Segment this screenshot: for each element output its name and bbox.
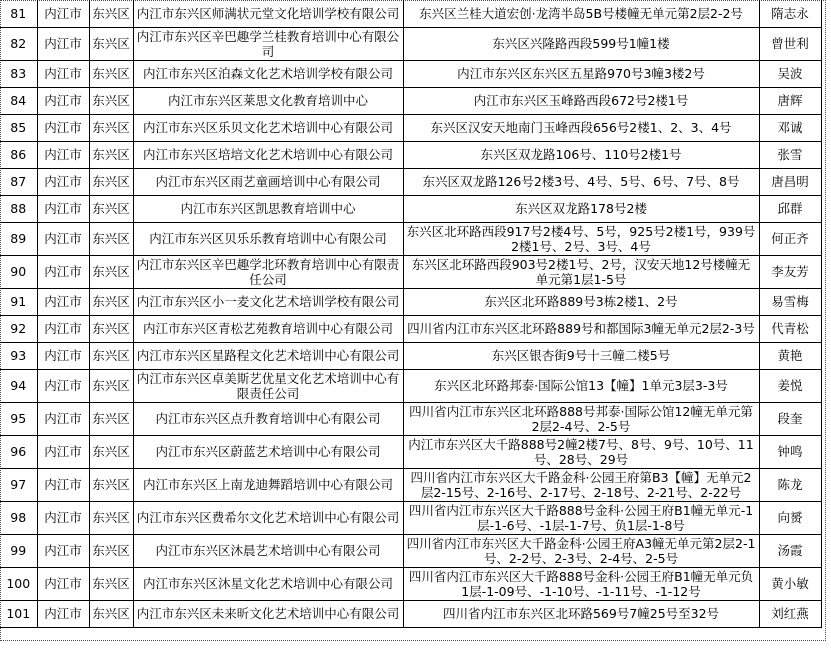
district-cell: 东兴区 — [89, 60, 133, 87]
city-cell: 内江市 — [37, 222, 89, 255]
district-cell: 东兴区 — [89, 435, 133, 468]
address-cell: 东兴区北环路西段903号2楼1号、2号，汉安天地12号楼幢无单元第1层1-5号 — [403, 255, 759, 288]
address-cell: 东兴区北环路889号3栋2楼1、2号 — [403, 288, 759, 315]
contact-name-cell: 张雪 — [759, 141, 821, 168]
address-cell: 东兴区兰桂大道宏创·龙湾半岛5B号楼幢无单元第2层2-2号 — [403, 0, 759, 27]
table-row: 82内江市东兴区内江市东兴区辛巴趣学兰桂教育培训中心有限公司东兴区兴隆路西段59… — [0, 27, 821, 60]
table-body: 81内江市东兴区内江市东兴区师满状元堂文化培训学校有限公司东兴区兰桂大道宏创·龙… — [0, 0, 821, 627]
contact-name-cell: 汤霞 — [759, 534, 821, 567]
table-row: 96内江市东兴区内江市东兴区蔚蓝艺术培训中心有限公司内江市东兴区大千路888号2… — [0, 435, 821, 468]
institution-name-cell: 内江市东兴区凯思教育培训中心 — [133, 195, 403, 222]
contact-name-cell: 邱群 — [759, 195, 821, 222]
training-institutions-table: 81内江市东兴区内江市东兴区师满状元堂文化培训学校有限公司东兴区兰桂大道宏创·龙… — [0, 0, 822, 628]
address-cell: 东兴区北环路西段917号2楼4号、5号，925号2楼1号，939号2楼1号、2号… — [403, 222, 759, 255]
district-cell: 东兴区 — [89, 141, 133, 168]
city-cell: 内江市 — [37, 288, 89, 315]
table-row: 90内江市东兴区内江市东兴区辛巴趣学北环教育培训中心有限责任公司东兴区北环路西段… — [0, 255, 821, 288]
table-row: 91内江市东兴区内江市东兴区小一麦文化艺术培训学校有限公司东兴区北环路889号3… — [0, 288, 821, 315]
address-cell: 内江市东兴区东兴区五星路970号3幢3楼2号 — [403, 60, 759, 87]
contact-name-cell: 吴波 — [759, 60, 821, 87]
row-number-cell: 95 — [0, 402, 37, 435]
city-cell: 内江市 — [37, 141, 89, 168]
city-cell: 内江市 — [37, 0, 89, 27]
row-number-cell: 98 — [0, 501, 37, 534]
row-number-cell: 92 — [0, 315, 37, 342]
institution-name-cell: 内江市东兴区乐贝文化艺术培训中心有限公司 — [133, 114, 403, 141]
row-number-cell: 82 — [0, 27, 37, 60]
district-cell: 东兴区 — [89, 255, 133, 288]
address-cell: 四川省内江市东兴区北环路888号邦泰·国际公馆12幢无单元第2层2-4号、2-5… — [403, 402, 759, 435]
city-cell: 内江市 — [37, 402, 89, 435]
city-cell: 内江市 — [37, 342, 89, 369]
contact-name-cell: 隋志永 — [759, 0, 821, 27]
city-cell: 内江市 — [37, 87, 89, 114]
row-number-cell: 90 — [0, 255, 37, 288]
institution-name-cell: 内江市东兴区泊森文化艺术培训学校有限公司 — [133, 60, 403, 87]
row-number-cell: 88 — [0, 195, 37, 222]
institution-name-cell: 内江市东兴区沐星文化艺术培训中心有限公司 — [133, 567, 403, 600]
district-cell: 东兴区 — [89, 222, 133, 255]
district-cell: 东兴区 — [89, 342, 133, 369]
institution-name-cell: 内江市东兴区上南龙迪舞蹈培训中心有限公司 — [133, 468, 403, 501]
row-number-cell: 86 — [0, 141, 37, 168]
institution-name-cell: 内江市东兴区卓美斯艺优星文化艺术培训中心有限责任公司 — [133, 369, 403, 402]
table-row: 98内江市东兴区内江市东兴区费希尔文化艺术培训中心有限公司四川省内江市东兴区大千… — [0, 501, 821, 534]
district-cell: 东兴区 — [89, 534, 133, 567]
table-row: 88内江市东兴区内江市东兴区凯思教育培训中心东兴区双龙路178号2楼邱群 — [0, 195, 821, 222]
contact-name-cell: 何正齐 — [759, 222, 821, 255]
row-number-cell: 83 — [0, 60, 37, 87]
row-number-cell: 91 — [0, 288, 37, 315]
institution-name-cell: 内江市东兴区蔚蓝艺术培训中心有限公司 — [133, 435, 403, 468]
city-cell: 内江市 — [37, 60, 89, 87]
contact-name-cell: 向赟 — [759, 501, 821, 534]
row-number-cell: 99 — [0, 534, 37, 567]
address-cell: 东兴区双龙路178号2楼 — [403, 195, 759, 222]
district-cell: 东兴区 — [89, 195, 133, 222]
institution-name-cell: 内江市东兴区青松艺苑教育培训中心有限公司 — [133, 315, 403, 342]
table-row: 89内江市东兴区内江市东兴区贝乐乐教育培训中心有限公司东兴区北环路西段917号2… — [0, 222, 821, 255]
address-cell: 四川省内江市东兴区大千路金科·公园王府第B3【幢】无单元2层2-15号、2-16… — [403, 468, 759, 501]
row-number-cell: 101 — [0, 600, 37, 627]
city-cell: 内江市 — [37, 501, 89, 534]
contact-name-cell: 唐昌明 — [759, 168, 821, 195]
district-cell: 东兴区 — [89, 369, 133, 402]
table-row: 85内江市东兴区内江市东兴区乐贝文化艺术培训中心有限公司东兴区汉安天地南门玉峰西… — [0, 114, 821, 141]
contact-name-cell: 黄小敏 — [759, 567, 821, 600]
row-number-cell: 93 — [0, 342, 37, 369]
institution-name-cell: 内江市东兴区沐晨艺术培训中心有限公司 — [133, 534, 403, 567]
institution-name-cell: 内江市东兴区贝乐乐教育培训中心有限公司 — [133, 222, 403, 255]
contact-name-cell: 代青松 — [759, 315, 821, 342]
table-row: 81内江市东兴区内江市东兴区师满状元堂文化培训学校有限公司东兴区兰桂大道宏创·龙… — [0, 0, 821, 27]
contact-name-cell: 易雪梅 — [759, 288, 821, 315]
table-row: 83内江市东兴区内江市东兴区泊森文化艺术培训学校有限公司内江市东兴区东兴区五星路… — [0, 60, 821, 87]
institution-name-cell: 内江市东兴区培培文化艺术培训中心有限公司 — [133, 141, 403, 168]
table-row: 97内江市东兴区内江市东兴区上南龙迪舞蹈培训中心有限公司四川省内江市东兴区大千路… — [0, 468, 821, 501]
district-cell: 东兴区 — [89, 402, 133, 435]
district-cell: 东兴区 — [89, 600, 133, 627]
address-cell: 四川省内江市东兴区北环路569号7幢25号至32号 — [403, 600, 759, 627]
row-number-cell: 94 — [0, 369, 37, 402]
district-cell: 东兴区 — [89, 27, 133, 60]
institution-name-cell: 内江市东兴区小一麦文化艺术培训学校有限公司 — [133, 288, 403, 315]
contact-name-cell: 刘红燕 — [759, 600, 821, 627]
row-number-cell: 89 — [0, 222, 37, 255]
address-cell: 东兴区银杏街9号十三幢二楼5号 — [403, 342, 759, 369]
address-cell: 四川省内江市东兴区大千路金科·公园王府A3幢无单元第2层2-1号、2-2号、2-… — [403, 534, 759, 567]
address-cell: 东兴区双龙路126号2楼3号、4号、5号、6号、7号、8号 — [403, 168, 759, 195]
city-cell: 内江市 — [37, 369, 89, 402]
contact-name-cell: 钟鸣 — [759, 435, 821, 468]
address-cell: 东兴区汉安天地南门玉峰西段656号2楼1、2、3、4号 — [403, 114, 759, 141]
contact-name-cell: 黄艳 — [759, 342, 821, 369]
city-cell: 内江市 — [37, 27, 89, 60]
city-cell: 内江市 — [37, 255, 89, 288]
address-cell: 四川省内江市东兴区大千路888号金科·公园王府B1幢无单元负1层-1-09号、-… — [403, 567, 759, 600]
contact-name-cell: 陈龙 — [759, 468, 821, 501]
institution-name-cell: 内江市东兴区星路程文化艺术培训中心有限公司 — [133, 342, 403, 369]
city-cell: 内江市 — [37, 567, 89, 600]
table-row: 95内江市东兴区内江市东兴区点升教育培训中心有限公司四川省内江市东兴区北环路88… — [0, 402, 821, 435]
institution-name-cell: 内江市东兴区莱思文化教育培训中心 — [133, 87, 403, 114]
table-row: 87内江市东兴区内江市东兴区雨艺童画培训中心有限公司东兴区双龙路126号2楼3号… — [0, 168, 821, 195]
table-row: 100内江市东兴区内江市东兴区沐星文化艺术培训中心有限公司四川省内江市东兴区大千… — [0, 567, 821, 600]
contact-name-cell: 唐辉 — [759, 87, 821, 114]
city-cell: 内江市 — [37, 468, 89, 501]
row-number-cell: 87 — [0, 168, 37, 195]
district-cell: 东兴区 — [89, 0, 133, 27]
address-cell: 内江市东兴区玉峰路西段672号2楼1号 — [403, 87, 759, 114]
district-cell: 东兴区 — [89, 114, 133, 141]
table-row: 86内江市东兴区内江市东兴区培培文化艺术培训中心有限公司东兴区双龙路106号、1… — [0, 141, 821, 168]
district-cell: 东兴区 — [89, 567, 133, 600]
institution-name-cell: 内江市东兴区未来昕文化艺术培训中心有限公司 — [133, 600, 403, 627]
institution-name-cell: 内江市东兴区师满状元堂文化培训学校有限公司 — [133, 0, 403, 27]
contact-name-cell: 邓诚 — [759, 114, 821, 141]
row-number-cell: 84 — [0, 87, 37, 114]
city-cell: 内江市 — [37, 168, 89, 195]
district-cell: 东兴区 — [89, 168, 133, 195]
institution-name-cell: 内江市东兴区辛巴趣学兰桂教育培训中心有限公司 — [133, 27, 403, 60]
table-row: 101内江市东兴区内江市东兴区未来昕文化艺术培训中心有限公司四川省内江市东兴区北… — [0, 600, 821, 627]
address-cell: 东兴区北环路邦泰·国际公馆13【幢】1单元3层3-3号 — [403, 369, 759, 402]
spreadsheet-page: 81内江市东兴区内江市东兴区师满状元堂文化培训学校有限公司东兴区兰桂大道宏创·龙… — [0, 0, 831, 648]
table-row: 94内江市东兴区内江市东兴区卓美斯艺优星文化艺术培训中心有限责任公司东兴区北环路… — [0, 369, 821, 402]
address-cell: 东兴区双龙路106号、110号2楼1号 — [403, 141, 759, 168]
contact-name-cell: 李友芳 — [759, 255, 821, 288]
district-cell: 东兴区 — [89, 468, 133, 501]
row-number-cell: 81 — [0, 0, 37, 27]
address-cell: 内江市东兴区大千路888号2幢2楼7号、8号、9号、10号、11号、28号、29… — [403, 435, 759, 468]
district-cell: 东兴区 — [89, 87, 133, 114]
row-number-cell: 96 — [0, 435, 37, 468]
table-row: 84内江市东兴区内江市东兴区莱思文化教育培训中心内江市东兴区玉峰路西段672号2… — [0, 87, 821, 114]
table-row: 99内江市东兴区内江市东兴区沐晨艺术培训中心有限公司四川省内江市东兴区大千路金科… — [0, 534, 821, 567]
institution-name-cell: 内江市东兴区点升教育培训中心有限公司 — [133, 402, 403, 435]
institution-name-cell: 内江市东兴区辛巴趣学北环教育培训中心有限责任公司 — [133, 255, 403, 288]
institution-name-cell: 内江市东兴区费希尔文化艺术培训中心有限公司 — [133, 501, 403, 534]
address-cell: 四川省内江市东兴区大千路888号金科·公园王府B1幢无单元-1层-1-6号、-1… — [403, 501, 759, 534]
city-cell: 内江市 — [37, 435, 89, 468]
city-cell: 内江市 — [37, 315, 89, 342]
table-row: 92内江市东兴区内江市东兴区青松艺苑教育培训中心有限公司四川省内江市东兴区北环路… — [0, 315, 821, 342]
contact-name-cell: 曾世利 — [759, 27, 821, 60]
city-cell: 内江市 — [37, 114, 89, 141]
address-cell: 四川省内江市东兴区北环路889号和都国际3幢无单元2层2-3号 — [403, 315, 759, 342]
city-cell: 内江市 — [37, 534, 89, 567]
row-number-cell: 97 — [0, 468, 37, 501]
contact-name-cell: 段奎 — [759, 402, 821, 435]
address-cell: 东兴区兴隆路西段599号1幢1楼 — [403, 27, 759, 60]
row-number-cell: 85 — [0, 114, 37, 141]
district-cell: 东兴区 — [89, 501, 133, 534]
district-cell: 东兴区 — [89, 315, 133, 342]
table-row: 93内江市东兴区内江市东兴区星路程文化艺术培训中心有限公司东兴区银杏街9号十三幢… — [0, 342, 821, 369]
city-cell: 内江市 — [37, 195, 89, 222]
district-cell: 东兴区 — [89, 288, 133, 315]
row-number-cell: 100 — [0, 567, 37, 600]
city-cell: 内江市 — [37, 600, 89, 627]
institution-name-cell: 内江市东兴区雨艺童画培训中心有限公司 — [133, 168, 403, 195]
contact-name-cell: 姜悦 — [759, 369, 821, 402]
